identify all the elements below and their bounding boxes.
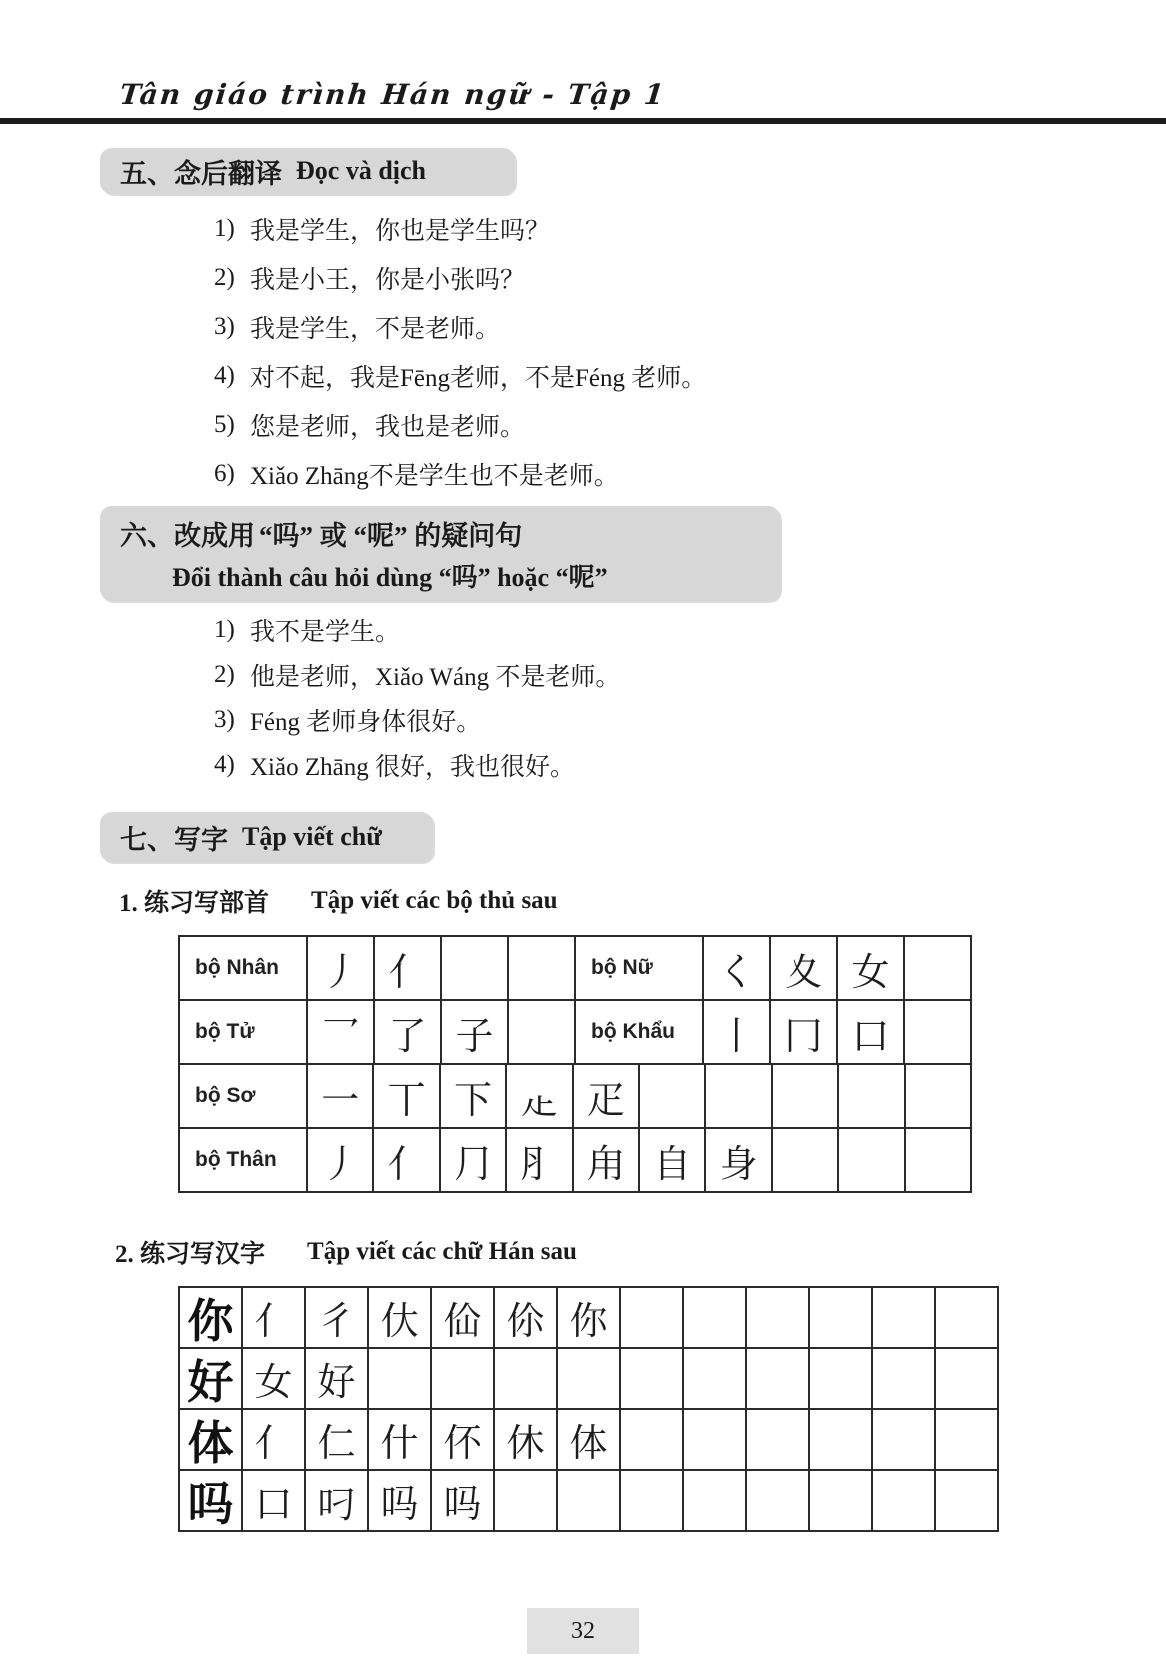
sentence-item: 2) 他是老师，Xiǎo Wáng 不是老师。 xyxy=(214,652,1166,697)
item-text: 我是学生，不是老师。 xyxy=(250,309,500,345)
sentence-item: 3) 我是学生，不是老师。 xyxy=(214,302,1166,351)
item-text: 对不起，我是Fēng老师，不是Féng 老师。 xyxy=(250,358,706,394)
empty-practice-cell xyxy=(747,1349,810,1410)
empty-practice-cell xyxy=(369,1349,432,1410)
empty-practice-cell xyxy=(773,1065,839,1129)
empty-practice-cell xyxy=(706,1065,772,1129)
item-text: 我是小王，你是小张吗？ xyxy=(250,260,525,296)
practice-row: 你亻彳㐲佡伱你 xyxy=(180,1288,999,1349)
stroke-step-cell: 下 xyxy=(441,1065,507,1129)
stroke-step-cell: 亻 xyxy=(374,1129,440,1193)
item-text: 您是老师，我也是老师。 xyxy=(250,407,525,443)
page-number: 32 xyxy=(527,1608,639,1654)
item-text: 他是老师，Xiǎo Wáng 不是老师。 xyxy=(250,657,620,693)
exercise-1-heading-cn: 1. 练习写部首 xyxy=(119,883,269,919)
radical-label-cell: bộ Nữ xyxy=(576,937,704,1001)
item-number: 4) xyxy=(214,362,250,390)
practice-row: bộ Sơ一丅下龰疋 xyxy=(180,1065,972,1129)
empty-practice-cell xyxy=(509,1001,576,1065)
sentence-item: 5) 您是老师，我也是老师。 xyxy=(214,400,1166,449)
radical-label-cell: bộ Thân xyxy=(180,1129,308,1193)
item-number: 1) xyxy=(214,215,250,243)
stroke-step-cell: 彳 xyxy=(306,1288,369,1349)
sentence-item: 4) 对不起，我是Fēng老师，不是Féng 老师。 xyxy=(214,351,1166,400)
section-6-heading-cn-rest: “吗” 或 “呢” 的疑问句 xyxy=(259,521,522,551)
practice-row: 吗口叼吗吗 xyxy=(180,1471,999,1532)
stroke-step-cell: 亻 xyxy=(375,937,442,1001)
section-5-heading-cn: 五、念后翻译 xyxy=(120,152,282,191)
empty-practice-cell xyxy=(810,1410,873,1471)
sentence-item: 2) 我是小王，你是小张吗？ xyxy=(214,253,1166,302)
item-text: 我是学生，你也是学生吗？ xyxy=(250,211,550,247)
stroke-step-cell: 乛 xyxy=(308,1001,375,1065)
section-6-items: 1) 我不是学生。 2) 他是老师，Xiǎo Wáng 不是老师。 3) Fén… xyxy=(214,607,1166,787)
stroke-step-cell: 冂 xyxy=(771,1001,838,1065)
empty-practice-cell xyxy=(684,1349,747,1410)
empty-practice-cell xyxy=(621,1471,684,1532)
hanzi-practice-table: 你亻彳㐲佡伱你好女好体亻仁什伓休体吗口叼吗吗 xyxy=(178,1286,999,1532)
empty-practice-cell xyxy=(432,1349,495,1410)
item-number: 2) xyxy=(214,264,250,292)
stroke-step-cell: 女 xyxy=(838,937,905,1001)
stroke-step-cell: 口 xyxy=(838,1001,905,1065)
empty-practice-cell xyxy=(905,1001,972,1065)
empty-practice-cell xyxy=(905,937,972,1001)
empty-practice-cell xyxy=(810,1288,873,1349)
stroke-step-cell: 伱 xyxy=(495,1288,558,1349)
stroke-step-cell: 吗 xyxy=(432,1471,495,1532)
stroke-step-cell: 休 xyxy=(495,1410,558,1471)
book-title: Tân giáo trình Hán ngữ - Tập 1 xyxy=(118,78,541,111)
stroke-step-cell: 叼 xyxy=(306,1471,369,1532)
stroke-step-cell: 疋 xyxy=(574,1065,640,1129)
radical-label-cell: bộ Nhân xyxy=(180,937,308,1001)
stroke-step-cell: 丿 xyxy=(308,1129,374,1193)
item-number: 2) xyxy=(214,661,250,689)
empty-practice-cell xyxy=(839,1065,905,1129)
empty-practice-cell xyxy=(558,1471,621,1532)
section-6-heading: 六、改成用 “吗” 或 “呢” 的疑问句 Đổi thành câu hỏi d… xyxy=(100,506,780,601)
empty-practice-cell xyxy=(621,1349,684,1410)
empty-practice-cell xyxy=(495,1349,558,1410)
stroke-step-cell: 㐲 xyxy=(369,1288,432,1349)
item-text: Féng 老师身体很好。 xyxy=(250,702,481,738)
stroke-step-cell: 身 xyxy=(706,1129,772,1193)
exercise-1-heading: 1. 练习写部首 Tập viết các bộ thủ sau xyxy=(119,886,1166,916)
empty-practice-cell xyxy=(495,1471,558,1532)
workbook-page: Tân giáo trình Hán ngữ - Tập 1 五、念后翻译 Đọ… xyxy=(0,0,1166,1662)
stroke-step-cell: ⺆ xyxy=(441,1129,507,1193)
empty-practice-cell xyxy=(747,1410,810,1471)
empty-practice-cell xyxy=(936,1410,999,1471)
empty-practice-cell xyxy=(810,1471,873,1532)
empty-practice-cell xyxy=(558,1349,621,1410)
empty-practice-cell xyxy=(684,1410,747,1471)
radical-label-cell: bộ Khẩu xyxy=(576,1001,704,1065)
practice-row: 好女好 xyxy=(180,1349,999,1410)
empty-practice-cell xyxy=(873,1471,936,1532)
sentence-item: 1) 我不是学生。 xyxy=(214,607,1166,652)
section-7-heading-vi: Tập viết chữ xyxy=(242,822,382,852)
sentence-item: 6) Xiǎo Zhāng不是学生也不是老师。 xyxy=(214,449,1166,498)
stroke-step-cell: 什 xyxy=(369,1410,432,1471)
empty-practice-cell xyxy=(684,1471,747,1532)
stroke-step-cell: 体 xyxy=(558,1410,621,1471)
exercise-2-heading-cn: 2. 练习写汉字 xyxy=(115,1234,265,1270)
item-number: 5) xyxy=(214,411,250,439)
item-text: Xiǎo Zhāng不是学生也不是老师。 xyxy=(250,456,619,492)
stroke-step-cell: 佡 xyxy=(432,1288,495,1349)
model-character-cell: 体 xyxy=(180,1410,243,1471)
section-6-heading-cn: 六、改成用 xyxy=(120,521,255,551)
stroke-step-cell: 了 xyxy=(375,1001,442,1065)
stroke-step-cell: 夊 xyxy=(771,937,838,1001)
sentence-item: 4) Xiǎo Zhāng 很好，我也很好。 xyxy=(214,742,1166,787)
stroke-step-cell: く xyxy=(704,937,771,1001)
exercise-2-heading-vi: Tập viết các chữ Hán sau xyxy=(307,1238,577,1266)
stroke-step-cell: 口 xyxy=(243,1471,306,1532)
stroke-step-cell: 女 xyxy=(243,1349,306,1410)
section-7-heading: 七、写字 Tập viết chữ xyxy=(100,812,433,862)
radical-label-cell: bộ Tử xyxy=(180,1001,308,1065)
stroke-step-cell: ⺼ xyxy=(507,1129,573,1193)
empty-practice-cell xyxy=(640,1065,706,1129)
exercise-2-heading: 2. 练习写汉字 Tập viết các chữ Hán sau xyxy=(115,1237,1166,1267)
item-number: 3) xyxy=(214,313,250,341)
empty-practice-cell xyxy=(906,1129,972,1193)
empty-practice-cell xyxy=(773,1129,839,1193)
stroke-step-cell: 丿 xyxy=(308,937,375,1001)
stroke-step-cell: 一 xyxy=(308,1065,374,1129)
empty-practice-cell xyxy=(621,1288,684,1349)
model-character-cell: 你 xyxy=(180,1288,243,1349)
stroke-step-cell: 丨 xyxy=(704,1001,771,1065)
stroke-step-cell: 自 xyxy=(640,1129,706,1193)
model-character-cell: 吗 xyxy=(180,1471,243,1532)
empty-practice-cell xyxy=(936,1349,999,1410)
section-5-heading-vi: Đọc và dịch xyxy=(296,156,426,186)
empty-practice-cell xyxy=(936,1288,999,1349)
item-number: 3) xyxy=(214,706,250,734)
practice-row: 体亻仁什伓休体 xyxy=(180,1410,999,1471)
stroke-step-cell: 亻 xyxy=(243,1288,306,1349)
radical-label-cell: bộ Sơ xyxy=(180,1065,308,1129)
stroke-step-cell: 伓 xyxy=(432,1410,495,1471)
practice-row: bộ Tử乛了子bộ Khẩu丨冂口 xyxy=(180,1001,972,1065)
stroke-step-cell: 仁 xyxy=(306,1410,369,1471)
header-rule xyxy=(0,118,1166,124)
practice-row: bộ Nhân丿亻bộ Nữく夊女 xyxy=(180,937,972,1001)
empty-practice-cell xyxy=(747,1471,810,1532)
empty-practice-cell xyxy=(509,937,576,1001)
empty-practice-cell xyxy=(873,1288,936,1349)
sentence-item: 3) Féng 老师身体很好。 xyxy=(214,697,1166,742)
stroke-step-cell: 龰 xyxy=(507,1065,573,1129)
exercise-1-heading-vi: Tập viết các bộ thủ sau xyxy=(311,887,558,915)
item-text: 我不是学生。 xyxy=(250,612,400,648)
stroke-step-cell: 好 xyxy=(306,1349,369,1410)
section-6-heading-line2: Đổi thành câu hỏi dùng “吗” hoặc “呢” xyxy=(120,557,608,594)
item-number: 1) xyxy=(214,616,250,644)
empty-practice-cell xyxy=(839,1129,905,1193)
empty-practice-cell xyxy=(936,1471,999,1532)
section-7-heading-cn: 七、写字 xyxy=(120,818,228,857)
section-6-heading-vi: Đổi thành câu hỏi dùng “吗” hoặc “呢” xyxy=(172,563,608,592)
stroke-step-cell: 子 xyxy=(442,1001,509,1065)
empty-practice-cell xyxy=(873,1349,936,1410)
stroke-step-cell: 亻 xyxy=(243,1410,306,1471)
stroke-step-cell: 你 xyxy=(558,1288,621,1349)
empty-practice-cell xyxy=(906,1065,972,1129)
stroke-step-cell: 甪 xyxy=(574,1129,640,1193)
sentence-item: 1) 我是学生，你也是学生吗？ xyxy=(214,204,1166,253)
stroke-step-cell: 丅 xyxy=(374,1065,440,1129)
practice-row: bộ Thân丿亻⺆⺼甪自身 xyxy=(180,1129,972,1193)
empty-practice-cell xyxy=(810,1349,873,1410)
model-character-cell: 好 xyxy=(180,1349,243,1410)
stroke-step-cell: 吗 xyxy=(369,1471,432,1532)
section-5-items: 1) 我是学生，你也是学生吗？ 2) 我是小王，你是小张吗？ 3) 我是学生，不… xyxy=(214,204,1166,498)
empty-practice-cell xyxy=(747,1288,810,1349)
empty-practice-cell xyxy=(621,1410,684,1471)
item-number: 6) xyxy=(214,460,250,488)
empty-practice-cell xyxy=(442,937,509,1001)
item-number: 4) xyxy=(214,751,250,779)
section-5-heading: 五、念后翻译 Đọc và dịch xyxy=(100,148,515,194)
radical-practice-table: bộ Nhân丿亻bộ Nữく夊女bộ Tử乛了子bộ Khẩu丨冂口bộ Sơ… xyxy=(178,935,972,1193)
section-6-heading-line1: 六、改成用 “吗” 或 “呢” 的疑问句 xyxy=(120,514,522,553)
item-text: Xiǎo Zhāng 很好，我也很好。 xyxy=(250,747,575,783)
empty-practice-cell xyxy=(684,1288,747,1349)
empty-practice-cell xyxy=(873,1410,936,1471)
